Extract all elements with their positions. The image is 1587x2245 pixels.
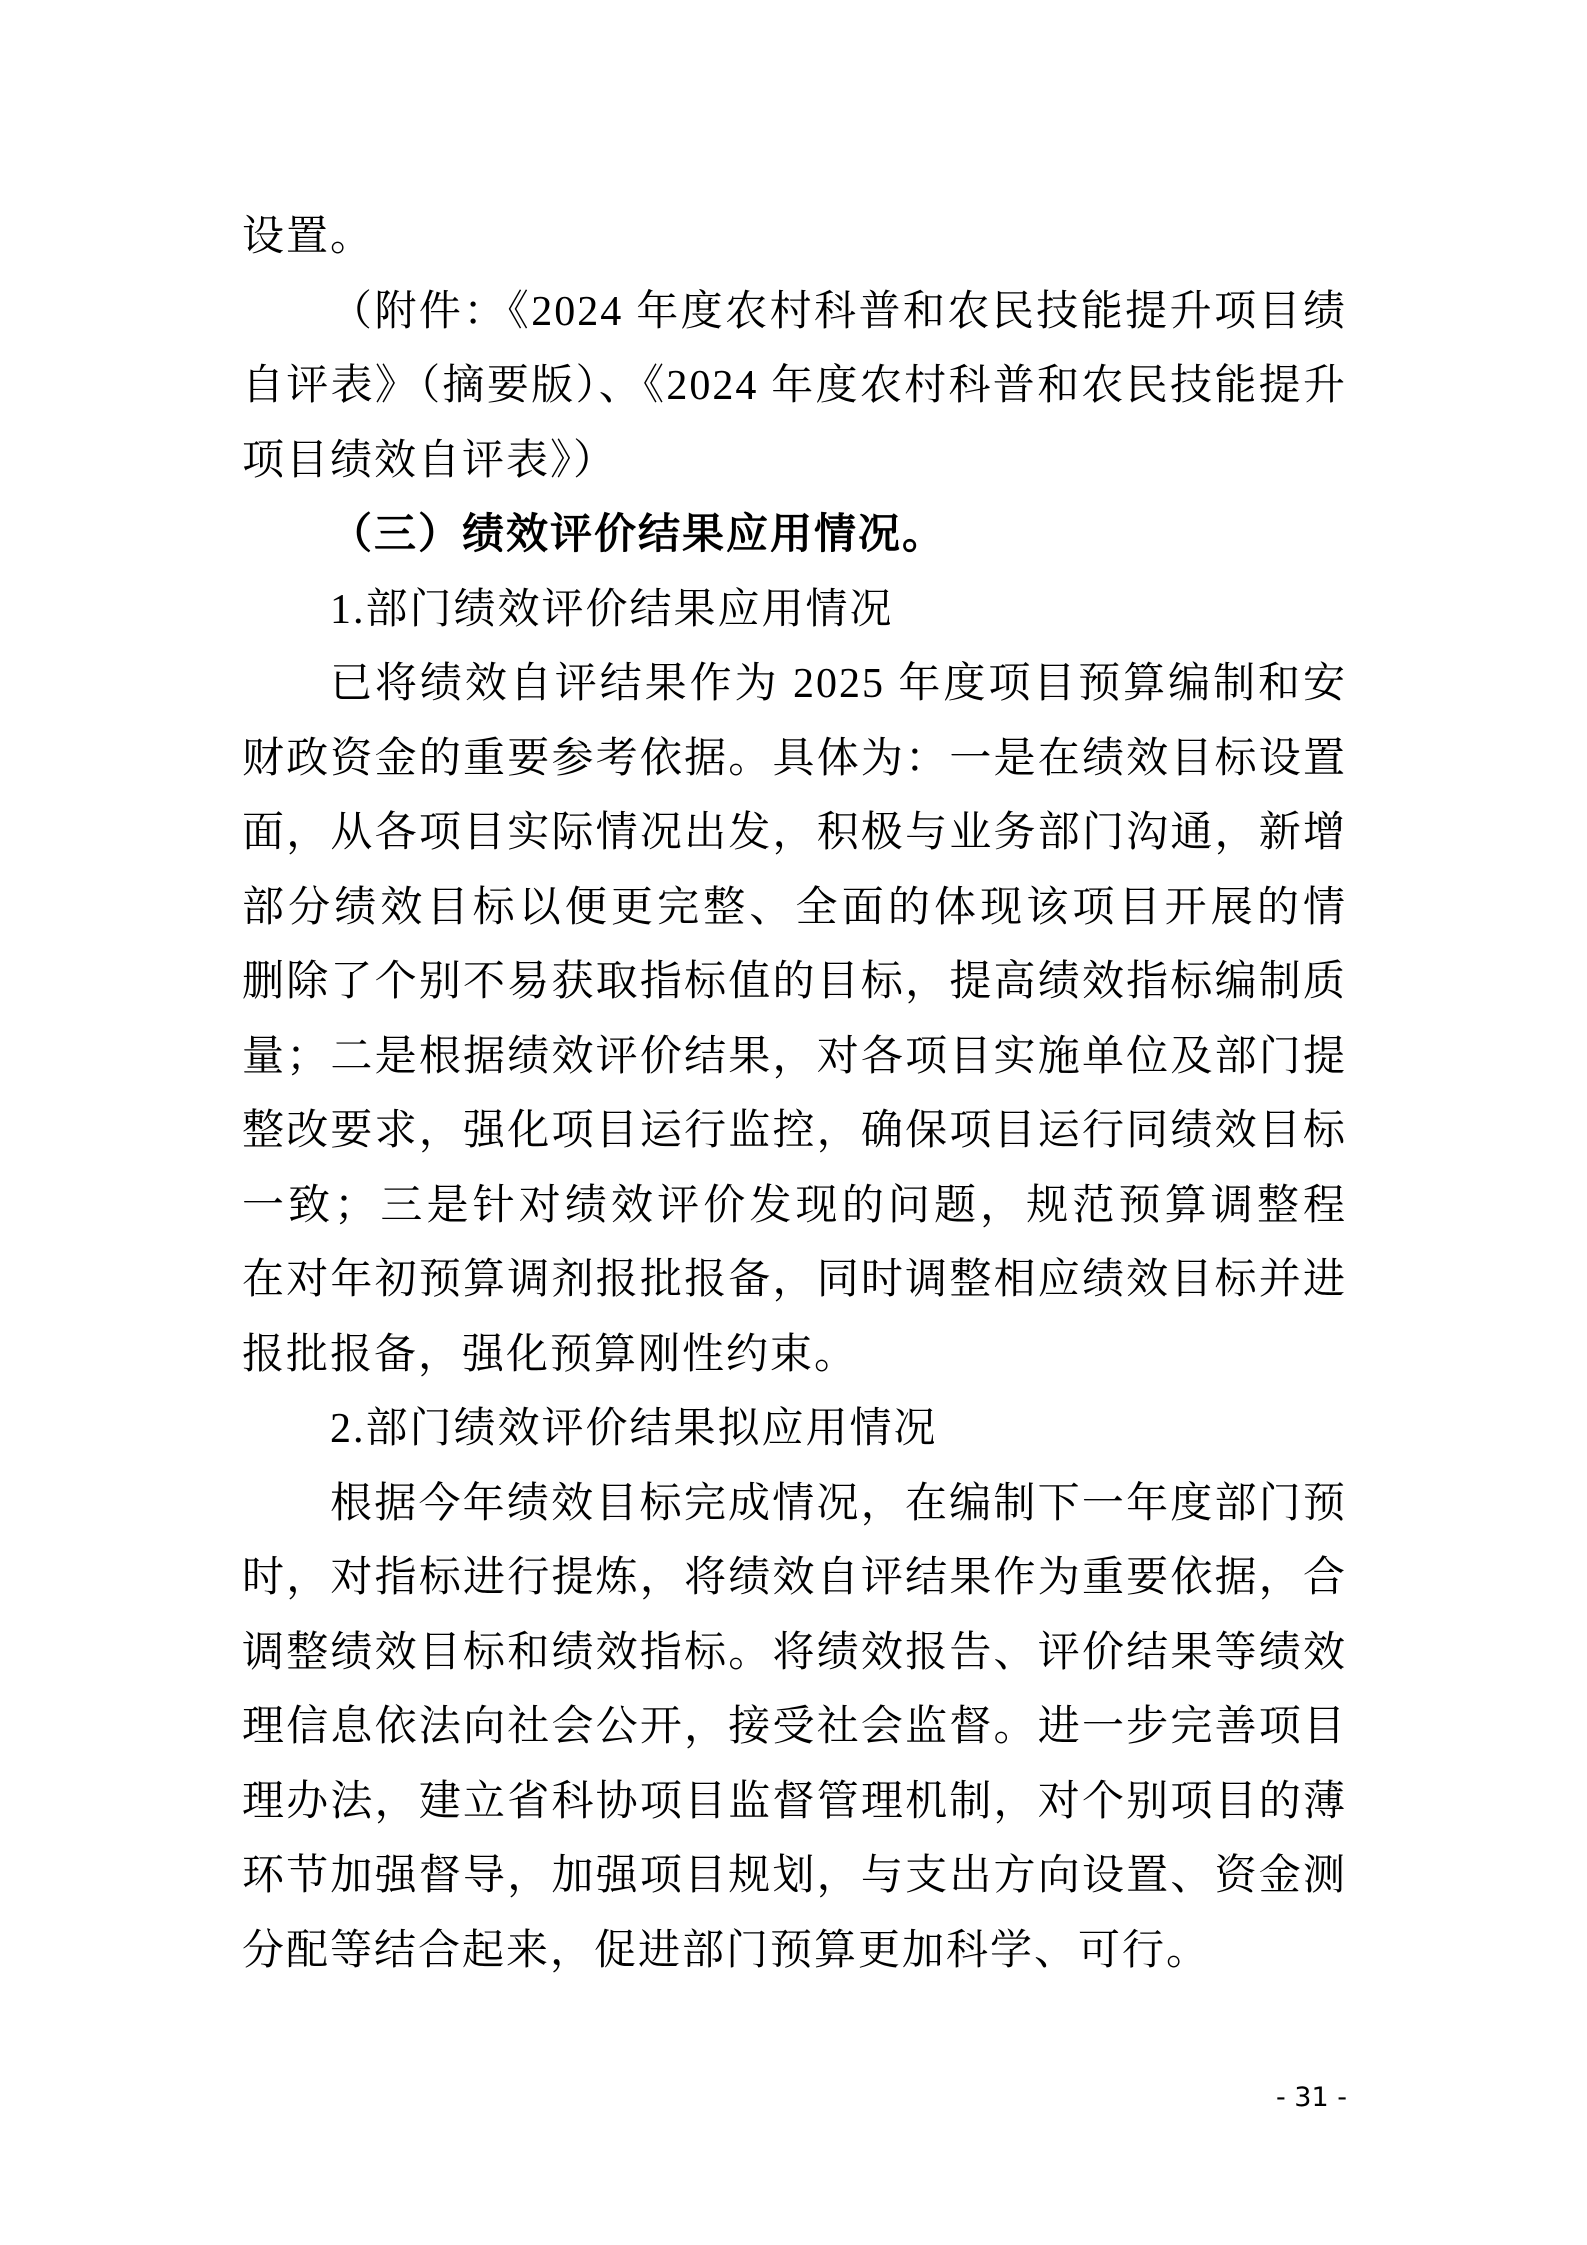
text-line: 面，从各项目实际情况出发，积极与业务部门沟通，新增了 (242, 796, 1347, 871)
text-line: （附件：《2024 年度农村科普和农民技能提升项目绩效 (242, 275, 1347, 350)
page-footer: - 31 - (242, 2078, 1347, 2118)
text-line: 整改要求，强化项目运行监控，确保项目运行同绩效目标相 (242, 1094, 1347, 1169)
text-line: 财政资金的重要参考依据。具体为：一是在绩效目标设置方 (242, 722, 1347, 797)
text-line: 报批报备，强化预算刚性约束。 (242, 1318, 1347, 1393)
text-line: 已将绩效自评结果作为 2025 年度项目预算编制和安排 (242, 647, 1347, 722)
text-line: 量；二是根据绩效评价结果，对各项目实施单位及部门提出 (242, 1020, 1347, 1095)
text-line: 在对年初预算调剂报批报备，同时调整相应绩效目标并进行 (242, 1243, 1347, 1318)
text-line: 时，对指标进行提炼，将绩效自评结果作为重要依据，合理 (242, 1541, 1347, 1616)
subsection-heading: 1.部门绩效评价结果应用情况 (242, 573, 1347, 648)
page-number: - 31 - (1276, 2082, 1347, 2113)
text-line: 一致；三是针对绩效评价发现的问题，规范预算调整程序， (242, 1169, 1347, 1244)
text-line: 项目绩效自评表》） (242, 424, 1347, 499)
text-line: 理信息依法向社会公开，接受社会监督。进一步完善项目管 (242, 1690, 1347, 1765)
text-line: 删除了个别不易获取指标值的目标，提高绩效指标编制质 (242, 945, 1347, 1020)
text-line: 自评表》（摘要版）、《2024 年度农村科普和农民技能提升 (242, 349, 1347, 424)
text-line: 分配等结合起来，促进部门预算更加科学、可行。 (242, 1914, 1347, 1989)
section-heading: （三）绩效评价结果应用情况。 (242, 498, 1347, 573)
text-line: 设置。 (242, 200, 1347, 275)
text-line: 调整绩效目标和绩效指标。将绩效报告、评价结果等绩效管 (242, 1616, 1347, 1691)
text-line: 部分绩效目标以便更完整、全面的体现该项目开展的情况， (242, 871, 1347, 946)
text-line: 环节加强督导，加强项目规划，与支出方向设置、资金测算 (242, 1839, 1347, 1914)
text-line: 理办法，建立省科协项目监督管理机制，对个别项目的薄弱 (242, 1765, 1347, 1840)
document-body: 设置。（附件：《2024 年度农村科普和农民技能提升项目绩效自评表》（摘要版）、… (242, 200, 1347, 1988)
document-page: 设置。（附件：《2024 年度农村科普和农民技能提升项目绩效自评表》（摘要版）、… (0, 0, 1587, 2245)
text-line: 根据今年绩效目标完成情况，在编制下一年度部门预算 (242, 1467, 1347, 1542)
subsection-heading: 2.部门绩效评价结果拟应用情况 (242, 1392, 1347, 1467)
